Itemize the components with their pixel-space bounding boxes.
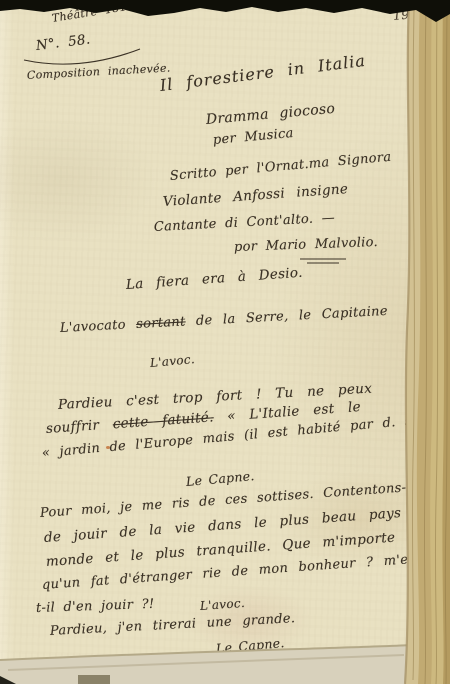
stage-direction-struck: sortant	[136, 314, 186, 332]
manuscript-photo: Théâtre 1816. N°. 58. Composition inache…	[0, 0, 450, 684]
page-number: 19	[392, 7, 410, 23]
